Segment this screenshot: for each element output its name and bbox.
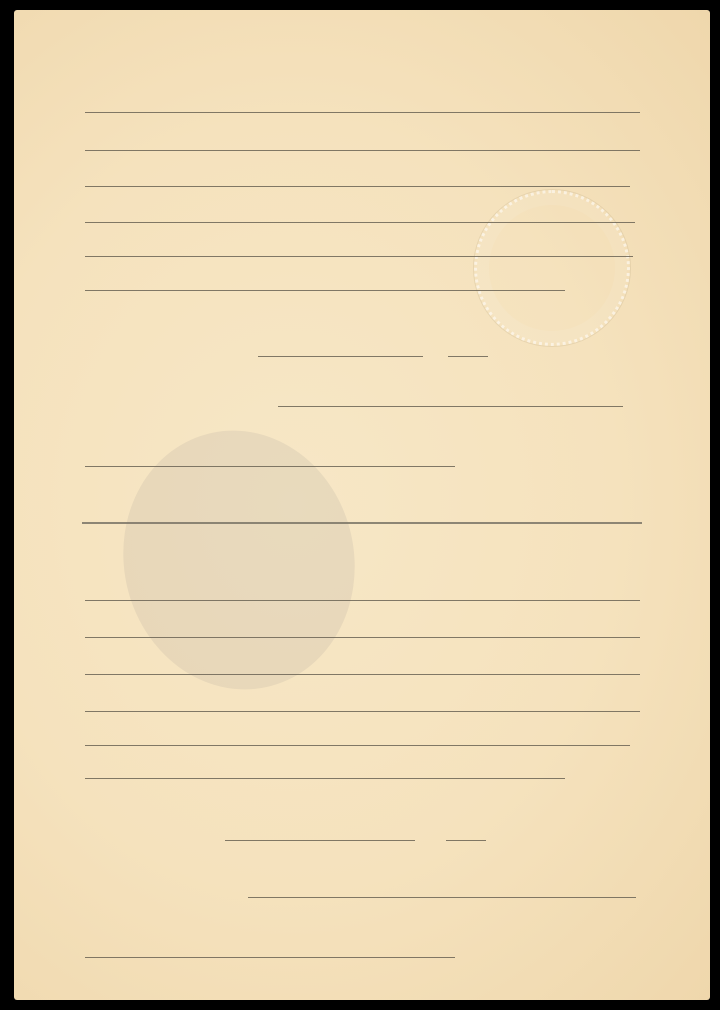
rule <box>85 150 640 151</box>
rule <box>85 600 640 601</box>
rule <box>85 674 640 675</box>
date-field-2 <box>225 840 415 841</box>
rule <box>85 637 640 638</box>
signature-line-2 <box>248 897 636 898</box>
rule <box>85 256 633 257</box>
embossed-seal <box>474 190 630 346</box>
rule <box>85 222 635 223</box>
section-divider <box>82 522 642 524</box>
rule <box>85 711 640 712</box>
witness-line-1 <box>85 466 455 467</box>
year-field-2 <box>446 840 486 841</box>
shares-rule-2 <box>85 778 565 779</box>
rule <box>85 745 630 746</box>
shares-rule <box>85 290 565 291</box>
year-field-1 <box>448 356 488 357</box>
vignette-show-through <box>99 409 378 711</box>
signature-line-1 <box>278 406 623 407</box>
rule <box>85 112 640 113</box>
certificate-paper <box>14 10 710 1000</box>
date-field-1 <box>258 356 423 357</box>
rule <box>85 186 630 187</box>
witness-line-2 <box>85 957 455 958</box>
